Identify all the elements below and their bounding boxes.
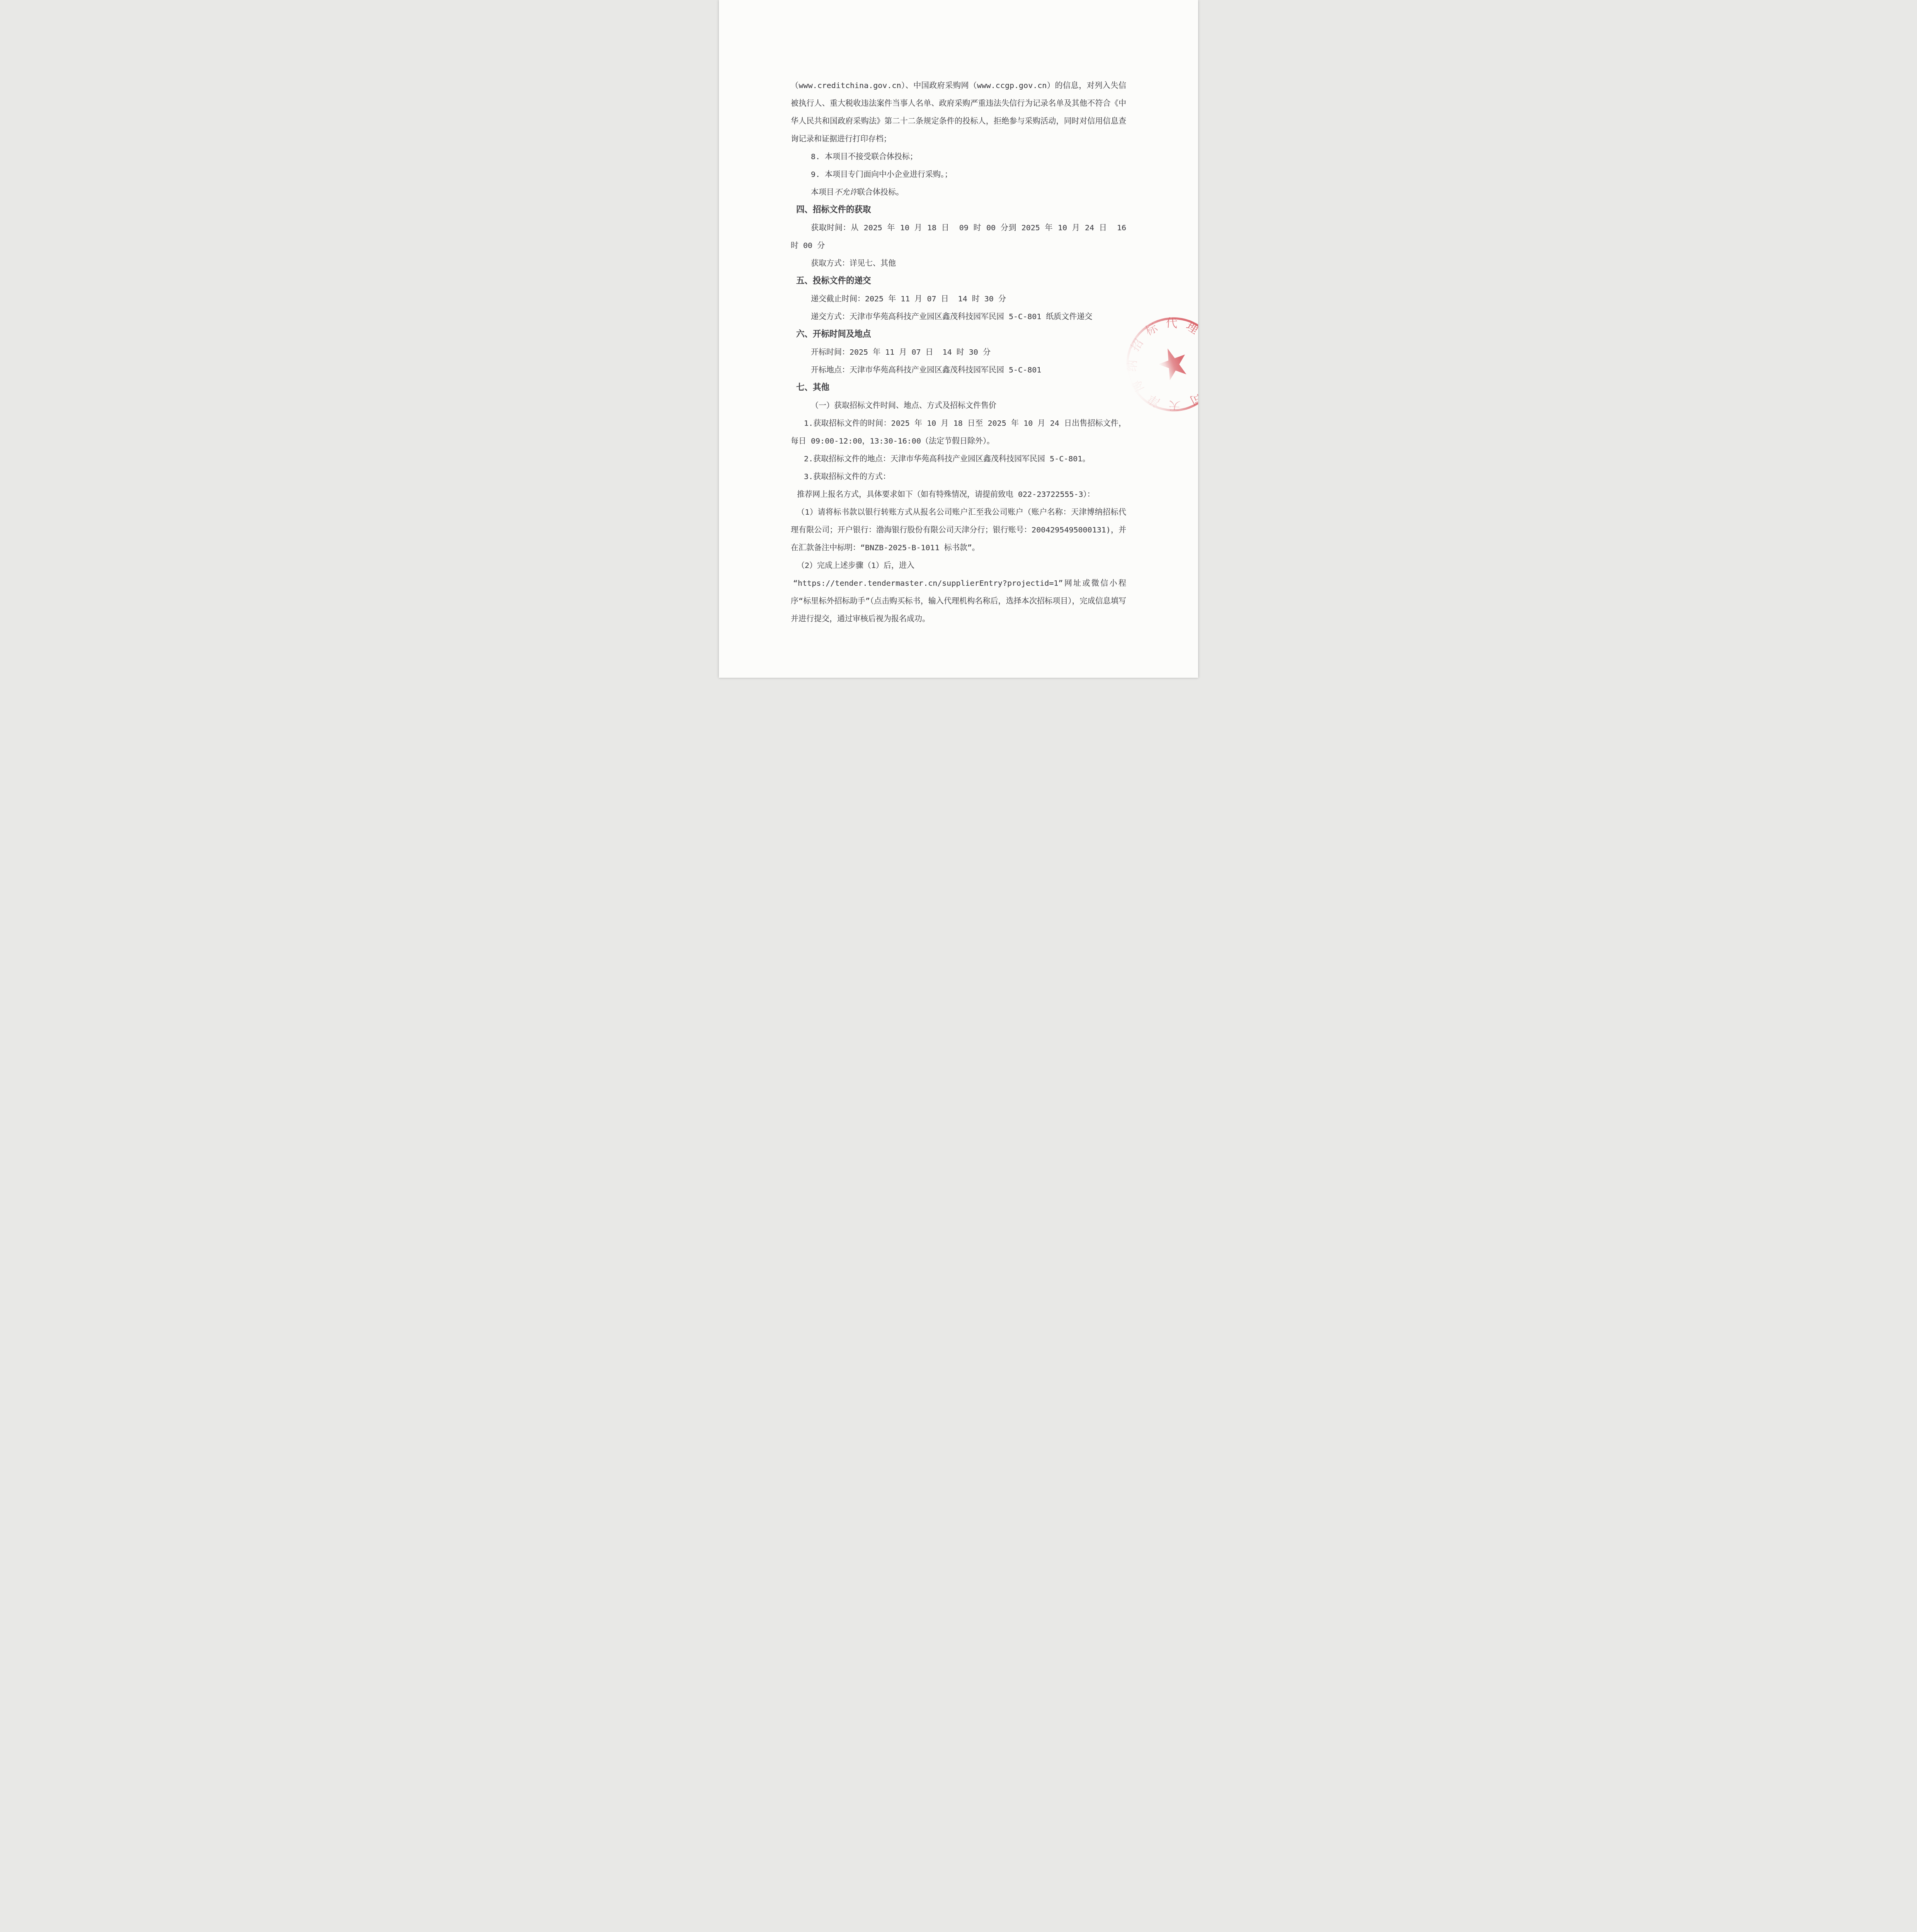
heading-section-6-bid-opening: 六、开标时间及地点 — [791, 325, 1126, 343]
document-page: （www.creditchina.gov.cn）、中国政府采购网（www.ccg… — [719, 0, 1198, 678]
heading-section-5-bid-submission: 五、投标文件的递交 — [791, 272, 1126, 290]
other-item-3-method: 3.获取招标文件的方式： — [791, 468, 1126, 485]
seal-ring — [1114, 305, 1198, 423]
other-item-1-time: 1.获取招标文件的时间：2025 年 10 月 18 日至 2025 年 10 … — [791, 414, 1126, 450]
submission-method-line: 递交方式：天津市华苑高科技产业园区鑫茂科技园军民园 5-C-801 纸质文件递交 — [791, 308, 1126, 325]
opening-place-line: 开标地点：天津市华苑高科技产业园区鑫茂科技园军民园 5-C-801 — [791, 361, 1126, 379]
note-no-consortium: 本项目不允许联合体投标。 — [791, 183, 1126, 201]
other-item-2-place: 2.获取招标文件的地点：天津市华苑高科技产业园区鑫茂科技园军民园 5-C-801… — [791, 450, 1126, 468]
heading-section-7-other: 七、其他 — [791, 379, 1126, 396]
list-item-8: 8. 本项目不接受联合体投标； — [791, 148, 1126, 165]
star-icon — [1154, 344, 1191, 382]
payment-step-2: （2）完成上述步骤（1）后，进入 — [791, 556, 1126, 574]
note-text-post: 联合体投标。 — [857, 187, 904, 197]
submission-deadline-line: 递交截止时间：2025 年 11 月 07 日 14 时 30 分 — [791, 290, 1126, 308]
document-body: （www.creditchina.gov.cn）、中国政府采购网（www.ccg… — [791, 77, 1126, 628]
registration-url-paragraph: “https://tender.tendermaster.cn/supplier… — [791, 574, 1126, 628]
paragraph-credit-check: （www.creditchina.gov.cn）、中国政府采购网（www.ccg… — [791, 77, 1126, 148]
acquisition-time-line: 获取时间：从 2025 年 10 月 18 日 09 时 00 分到 2025 … — [791, 219, 1126, 254]
note-text-italic: 不允许 — [834, 187, 857, 197]
heading-section-4-document-acquisition: 四、招标文件的获取 — [791, 201, 1126, 219]
acquisition-method-line: 获取方式：详见七、其他 — [791, 254, 1126, 272]
list-item-9: 9. 本项目专门面向中小企业进行采购。； — [791, 165, 1126, 183]
note-text-pre: 本项目 — [811, 187, 834, 197]
opening-time-line: 开标时间：2025 年 11 月 07 日 14 时 30 分 — [791, 343, 1126, 361]
payment-step-1: （1）请将标书款以银行转账方式从报名公司账户汇至我公司账户（账户名称：天津博纳招… — [791, 503, 1126, 556]
subheading-7-1: （一）获取招标文件时间、地点、方式及招标文件售价 — [791, 396, 1126, 414]
online-registration-note: 推荐网上报名方式，具体要求如下（如有特殊情况，请提前致电 022-2372255… — [791, 485, 1126, 503]
seal-text-path — [1126, 317, 1198, 412]
